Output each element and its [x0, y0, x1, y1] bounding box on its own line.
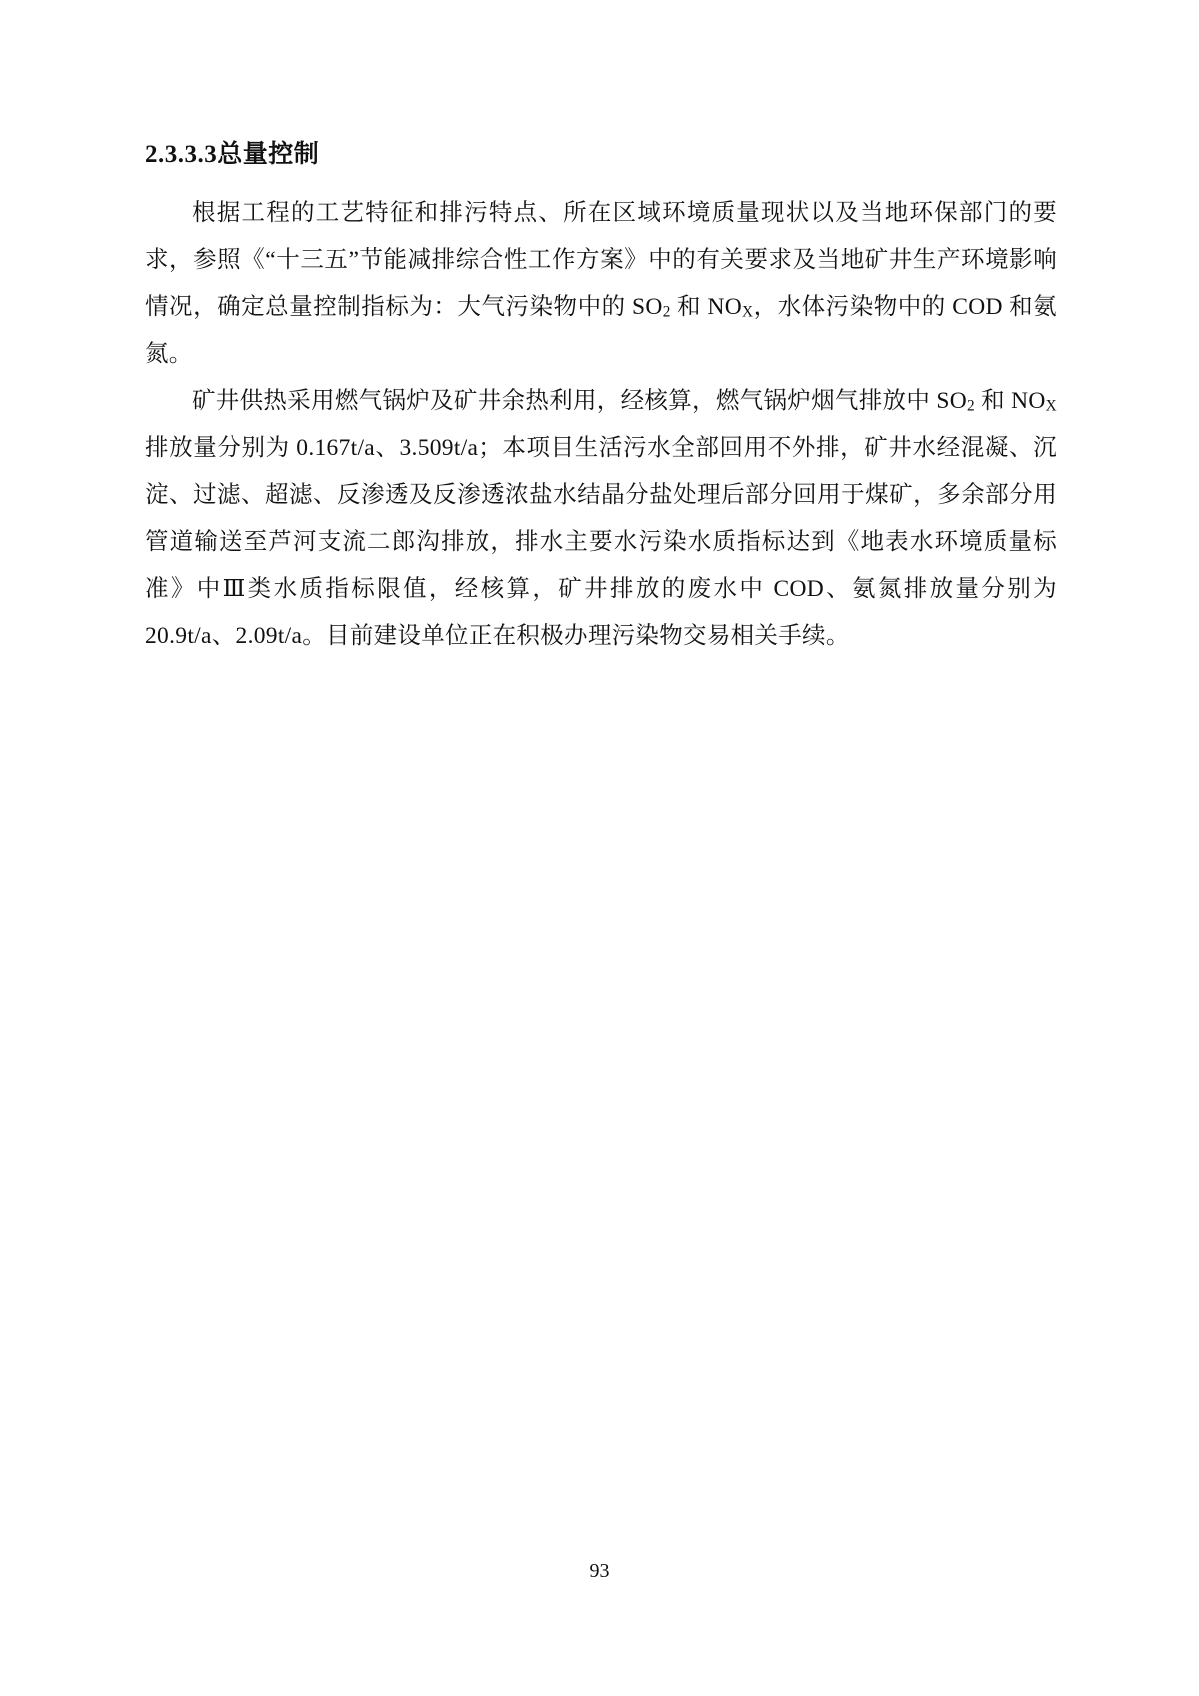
page-content: 2.3.3.3总量控制 根据工程的工艺特征和排污特点、所在区域环境质量现状以及当… — [145, 137, 1057, 660]
page-number: 93 — [590, 1560, 610, 1582]
body-paragraph: 矿井供热采用燃气锅炉及矿井余热利用，经核算，燃气锅炉烟气排放中 SO2 和 NO… — [145, 378, 1057, 660]
section-number: 2.3.3.3 — [145, 141, 217, 168]
page-footer: 93 — [0, 1558, 1199, 1584]
section-heading: 2.3.3.3总量控制 — [145, 137, 1057, 173]
body-paragraph: 根据工程的工艺特征和排污特点、所在区域环境质量现状以及当地环保部门的要求，参照《… — [145, 190, 1057, 378]
section-title: 总量控制 — [217, 141, 319, 168]
document-page: 2.3.3.3总量控制 根据工程的工艺特征和排污特点、所在区域环境质量现状以及当… — [0, 0, 1199, 1696]
